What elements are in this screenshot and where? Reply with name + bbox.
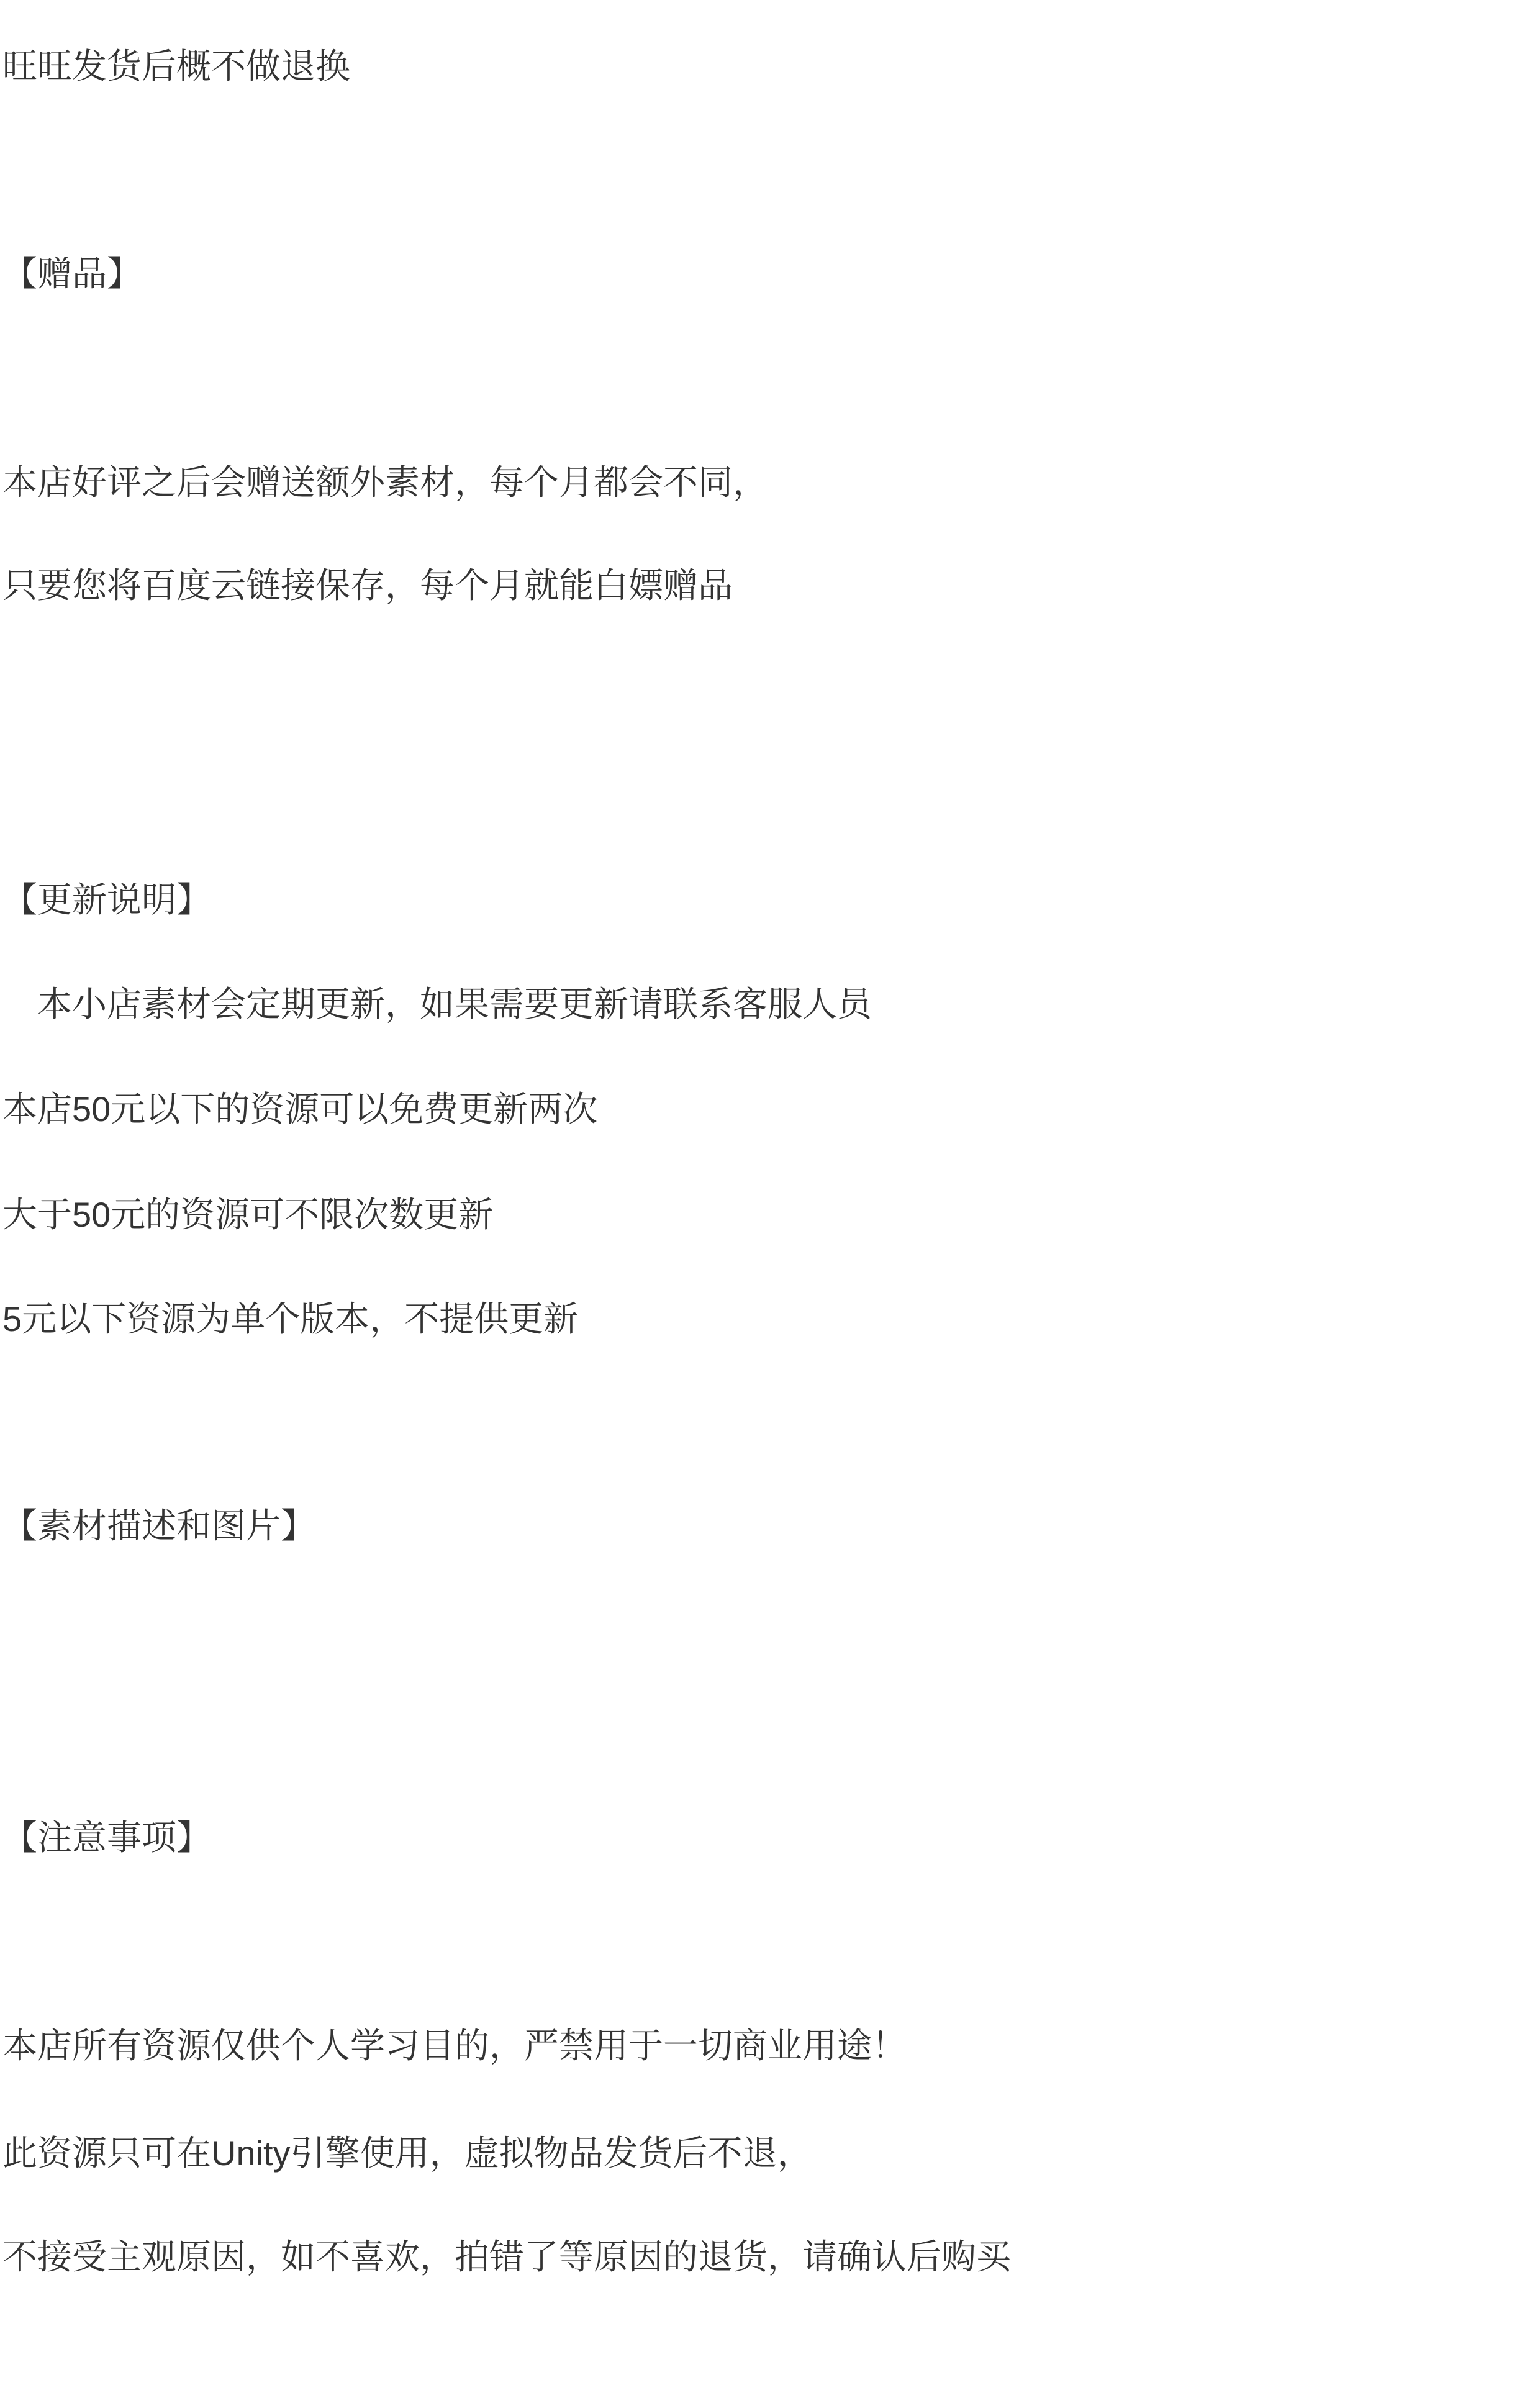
section-heading-update-policy: 【更新说明】 <box>2 880 211 920</box>
gift-detail-line-2: 只要您将百度云链接保存，每个月就能白嫖赠品 <box>2 566 733 606</box>
notice-line-3: 不接受主观原因，如不喜欢，拍错了等原因的退货，请确认后购买 <box>2 2237 1011 2277</box>
update-policy-line-3: 大于50元的资源可不限次数更新 <box>2 1195 493 1235</box>
shipping-refund-notice: 旺旺发货后概不做退换 <box>2 47 350 86</box>
update-policy-line-2: 本店50元以下的资源可以免费更新两次 <box>2 1089 597 1129</box>
notice-line-2: 此资源只可在Unity引擎使用，虚拟物品发货后不退， <box>2 2133 812 2173</box>
notice-line-1: 本店所有资源仅供个人学习目的，严禁用于一切商业用途！ <box>2 2026 907 2066</box>
section-heading-notices: 【注意事项】 <box>2 1818 211 1858</box>
update-policy-line-1: 本小店素材会定期更新，如果需要更新请联系客服人员 <box>37 984 872 1024</box>
gift-detail-line-1: 本店好评之后会赠送额外素材，每个月都会不同， <box>2 463 768 502</box>
section-heading-material-description: 【素材描述和图片】 <box>2 1506 315 1546</box>
product-description-page: { "page": { "background_color": "#ffffff… <box>0 0 1540 2385</box>
section-heading-gift: 【赠品】 <box>2 254 142 294</box>
update-policy-line-4: 5元以下资源为单个版本，不提供更新 <box>2 1299 578 1339</box>
